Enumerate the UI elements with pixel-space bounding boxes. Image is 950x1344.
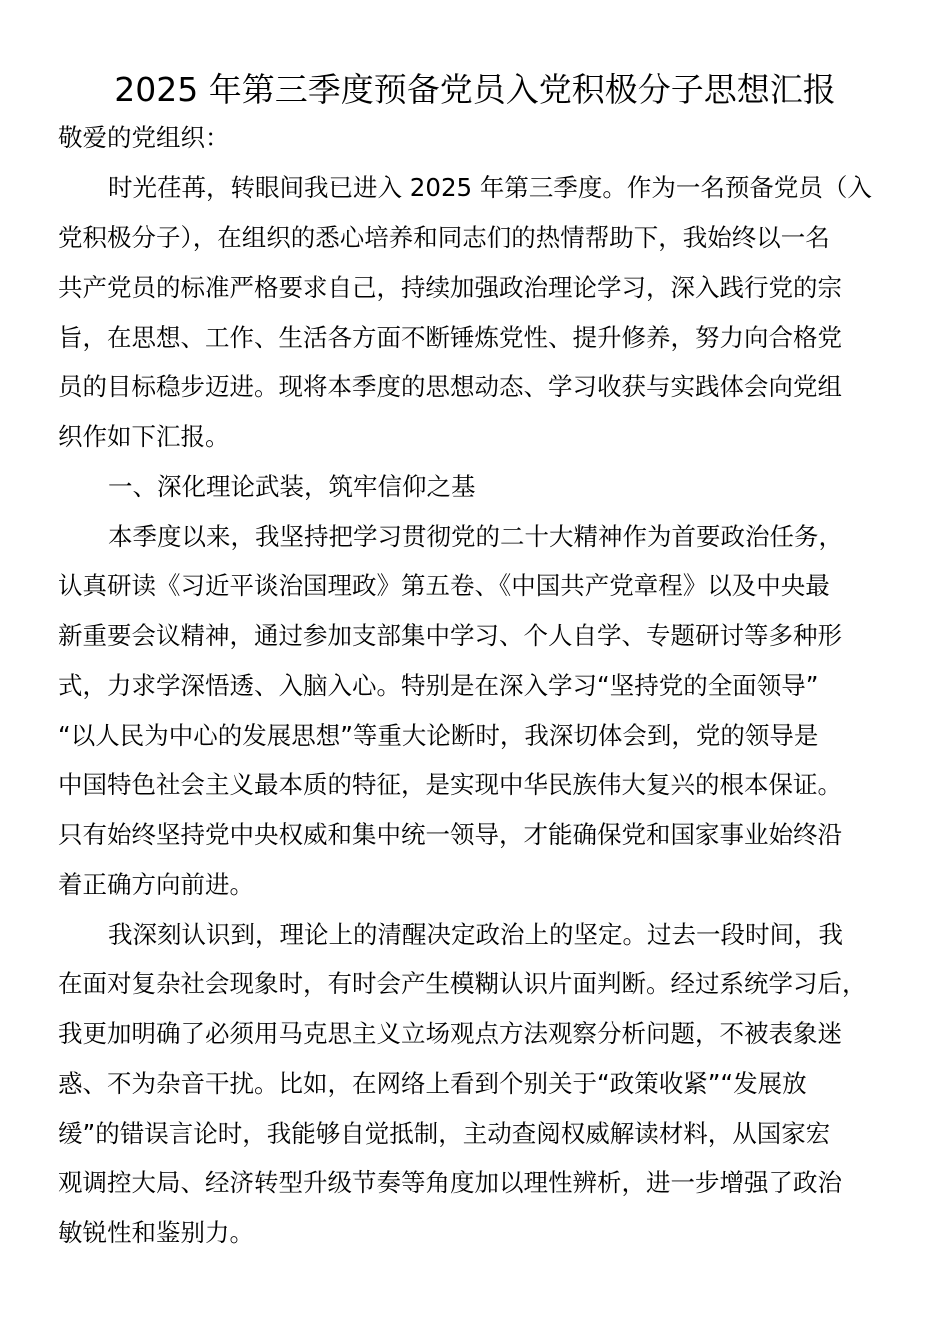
paragraph-line: 旨，在思想、工作、生活各方面不断锤炼党性、提升修养，努力向合格党 [58, 320, 842, 356]
section-heading: 一、深化理论武装，筑牢信仰之基 [108, 469, 476, 505]
paragraph-line: 本季度以来，我坚持把学习贯彻党的二十大精神作为首要政治任务， [108, 519, 843, 555]
paragraph-line: 党积极分子），在组织的悉心培养和同志们的热情帮助下，我始终以一名 [58, 220, 830, 256]
paragraph-line: 中国特色社会主义最本质的特征，是实现中华民族伟大复兴的根本保证。 [58, 767, 842, 803]
paragraph-line: 共产党员的标准严格要求自己，持续加强政治理论学习，深入践行党的宗 [58, 270, 842, 306]
paragraph-line: 新重要会议精神，通过参加支部集中学习、个人自学、专题研讨等多种形 [58, 618, 842, 654]
paragraph-line: 认真研读《习近平谈治国理政》第五卷、《中国共产党章程》以及中央最 [58, 568, 830, 604]
paragraph-line: 时光荏苒，转眼间我已进入 2025 年第三季度。作为一名预备党员（入 [108, 170, 872, 206]
paragraph-line: 着正确方向前进。 [58, 867, 254, 903]
paragraph-line: 只有始终坚持党中央权威和集中统一领导，才能确保党和国家事业始终沿 [58, 817, 842, 853]
document-page: 2025 年第三季度预备党员入党积极分子思想汇报 敬爱的党组织： 时光荏苒，转眼… [0, 0, 950, 1344]
paragraph-line: 我更加明确了必须用马克思主义立场观点方法观察分析问题，不被表象迷 [58, 1016, 842, 1052]
salutation: 敬爱的党组织： [58, 120, 230, 156]
document-title: 2025 年第三季度预备党员入党积极分子思想汇报 [0, 66, 950, 114]
paragraph-line: 式，力求学深悟透、入脑入心。特别是在深入学习“坚持党的全面领导” [58, 668, 818, 704]
paragraph-line: 我深刻认识到，理论上的清醒决定政治上的坚定。过去一段时间，我 [108, 917, 843, 953]
paragraph-line: 员的目标稳步迈进。现将本季度的思想动态、学习收获与实践体会向党组 [58, 369, 842, 405]
paragraph-line: 缓”的错误言论时，我能够自觉抵制，主动查阅权威解读材料，从国家宏 [58, 1116, 830, 1152]
paragraph-line: 观调控大局、经济转型升级节奏等角度加以理性辨析，进一步增强了政治 [58, 1165, 842, 1201]
paragraph-line: 惑、不为杂音干扰。比如，在网络上看到个别关于“政策收紧”“发展放 [58, 1066, 807, 1102]
paragraph-line: “以人民为中心的发展思想”等重大论断时，我深切体会到，党的领导是 [58, 718, 818, 754]
paragraph-line: 织作如下汇报。 [58, 419, 230, 455]
paragraph-line: 敏锐性和鉴别力。 [58, 1215, 254, 1251]
paragraph-line: 在面对复杂社会现象时，有时会产生模糊认识片面判断。经过系统学习后， [58, 966, 867, 1002]
